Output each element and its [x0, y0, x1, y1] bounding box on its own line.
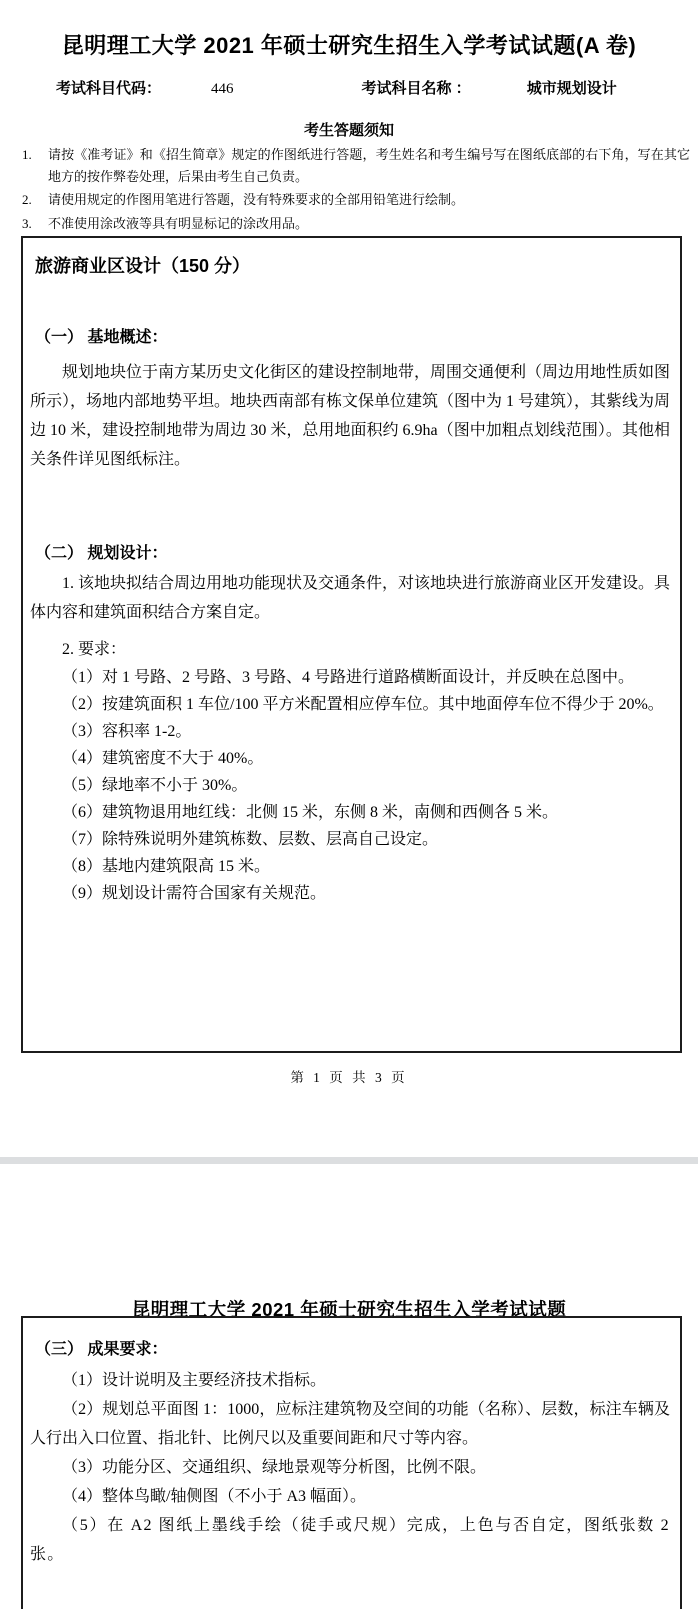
result-item: （4）整体鸟瞰/轴侧图（不小于 A3 幅面）。 [30, 1482, 670, 1511]
requirement-item: （2）按建筑面积 1 车位/100 平方米配置相应停车位。其中地面停车位不得少于… [30, 691, 670, 718]
question-title: 旅游商业区设计（150 分） [35, 252, 672, 278]
section2-requirements-heading: 2. 要求： [30, 635, 670, 664]
result-item: （1）设计说明及主要经济技术指标。 [30, 1366, 670, 1395]
subject-name-value: 城市规划设计 [527, 77, 617, 98]
notice-item: 2. 请使用规定的作图用笔进行答题，没有特殊要求的全部用铅笔进行绘制。 [20, 189, 690, 211]
notice-item-number: 2. [20, 189, 48, 211]
requirement-item: （1）对 1 号路、2 号路、3 号路、4 号路进行道路横断面设计，并反映在总图… [30, 664, 670, 691]
notice-item: 3. 不准使用涂改液等具有明显标记的涂改用品。 [20, 213, 690, 235]
notice-item: 1. 请按《准考证》和《招生简章》规定的作图纸进行答题，考生姓名和考生编号写在图… [20, 144, 690, 187]
page1-title: 昆明理工大学 2021 年硕士研究生招生入学考试试题(A 卷) [0, 29, 698, 60]
requirement-item: （5）绿地率不小于 30%。 [30, 772, 670, 799]
question-box-page2: （三） 成果要求： （1）设计说明及主要经济技术指标。 （2）规划总平面图 1：… [21, 1316, 682, 1609]
section2-item1: 1. 该地块拟结合周边用地功能现状及交通条件，对该地块进行旅游商业区开发建设。具… [30, 569, 670, 627]
notice-item-text: 请按《准考证》和《招生简章》规定的作图纸进行答题，考生姓名和考生编号写在图纸底部… [48, 144, 690, 187]
subject-code-label: 考试科目代码： [56, 77, 161, 98]
result-item: （5）在 A2 图纸上墨线手绘（徒手或尺规）完成，上色与否自定，图纸张数 2 张… [30, 1511, 670, 1569]
notice-heading: 考生答题须知 [0, 119, 698, 140]
section1-heading: （一） 基地概述： [35, 324, 672, 347]
requirement-item: （4）建筑密度不大于 40%。 [30, 745, 670, 772]
notice-list: 1. 请按《准考证》和《招生简章》规定的作图纸进行答题，考生姓名和考生编号写在图… [20, 144, 690, 236]
notice-item-text: 不准使用涂改液等具有明显标记的涂改用品。 [48, 213, 690, 235]
result-item: （2）规划总平面图 1：1000，应标注建筑物及空间的功能（名称）、层数，标注车… [30, 1395, 670, 1453]
subject-code-value: 446 [211, 81, 234, 98]
requirement-item: （6）建筑物退用地红线：北侧 15 米，东侧 8 米，南侧和西侧各 5 米。 [30, 799, 670, 826]
section1-paragraph: 规划地块位于南方某历史文化街区的建设控制地带，周围交通便利（周边用地性质如图所示… [30, 358, 670, 474]
page-separator-band [0, 1157, 698, 1164]
notice-item-text: 请使用规定的作图用笔进行答题，没有特殊要求的全部用铅笔进行绘制。 [48, 189, 690, 211]
subject-row: 考试科目代码： 446 考试科目名称 ： 城市规划设计 [56, 77, 688, 98]
question-box-page1: 旅游商业区设计（150 分） （一） 基地概述： 规划地块位于南方某历史文化街区… [21, 236, 682, 1053]
result-item: （3）功能分区、交通组织、绿地景观等分析图，比例不限。 [30, 1453, 670, 1482]
exam-paper-document: 昆明理工大学 2021 年硕士研究生招生入学考试试题(A 卷) 考试科目代码： … [0, 0, 698, 1609]
requirement-item: （7）除特殊说明外建筑栋数、层数、层高自己设定。 [30, 826, 670, 853]
requirement-item: （9）规划设计需符合国家有关规范。 [30, 880, 670, 907]
section3-heading: （三） 成果要求： [35, 1336, 672, 1359]
subject-name-label: 考试科目名称 ： [362, 77, 471, 98]
requirement-item: （3）容积率 1-2。 [30, 718, 670, 745]
section2-heading: （二） 规划设计： [35, 540, 672, 563]
requirement-item: （8）基地内建筑限高 15 米。 [30, 853, 670, 880]
notice-item-number: 1. [20, 144, 48, 187]
page1-footer: 第 1 页 共 3 页 [0, 1066, 698, 1086]
notice-item-number: 3. [20, 213, 48, 235]
